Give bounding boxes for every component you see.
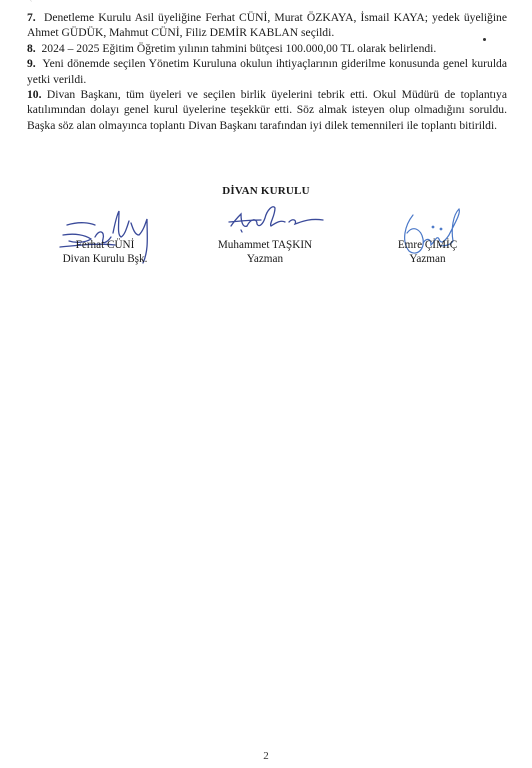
signatory-role: Yazman: [385, 252, 470, 266]
signatory-1: Ferhat CÜNİ Divan Kurulu Bşk.: [55, 238, 155, 266]
signatory-2: Muhammet TAŞKIN Yazman: [205, 238, 325, 266]
signatory-role: Yazman: [205, 252, 325, 266]
signatures-title: DİVAN KURULU: [0, 185, 532, 197]
item-text: Denetleme Kurulu Asil üyeliğine Ferhat C…: [27, 11, 507, 39]
signatory-role: Divan Kurulu Bşk.: [55, 252, 155, 266]
list-item: 10. Divan Başkanı, tüm üyeleri ve seçile…: [27, 87, 507, 133]
item-number: 10.: [27, 88, 42, 101]
item-text: Yeni dönemde seçilen Yönetim Kuruluna ok…: [27, 57, 507, 85]
resolution-list: 7. Denetleme Kurulu Asil üyeliğine Ferha…: [27, 10, 507, 133]
item-text: Divan Başkanı, tüm üyeleri ve seçilen bi…: [27, 88, 507, 132]
list-item: 8. 2024 – 2025 Eğitim Öğretim yılının ta…: [27, 41, 507, 56]
signatory-3: Emre ÇİMİÇ Yazman: [385, 238, 470, 266]
document-page: ˋ 7. Denetleme Kurulu Asil üyeliğine Fer…: [0, 0, 532, 768]
signature-muhammet: [225, 200, 330, 240]
signatory-name: Muhammet TAŞKIN: [205, 238, 325, 252]
list-item: 7. Denetleme Kurulu Asil üyeliğine Ferha…: [27, 10, 507, 41]
item-number: 8.: [27, 42, 36, 55]
item-number: 9.: [27, 57, 36, 70]
item-number: 7.: [27, 11, 36, 24]
signatory-name: Emre ÇİMİÇ: [385, 238, 470, 252]
item-text: 2024 – 2025 Eğitim Öğretim yılının tahmi…: [42, 42, 437, 55]
scan-mark: ˋ: [30, 1, 32, 7]
list-item: 9. Yeni dönemde seçilen Yönetim Kuruluna…: [27, 56, 507, 87]
page-number: 2: [0, 750, 532, 762]
signatory-name: Ferhat CÜNİ: [55, 238, 155, 252]
